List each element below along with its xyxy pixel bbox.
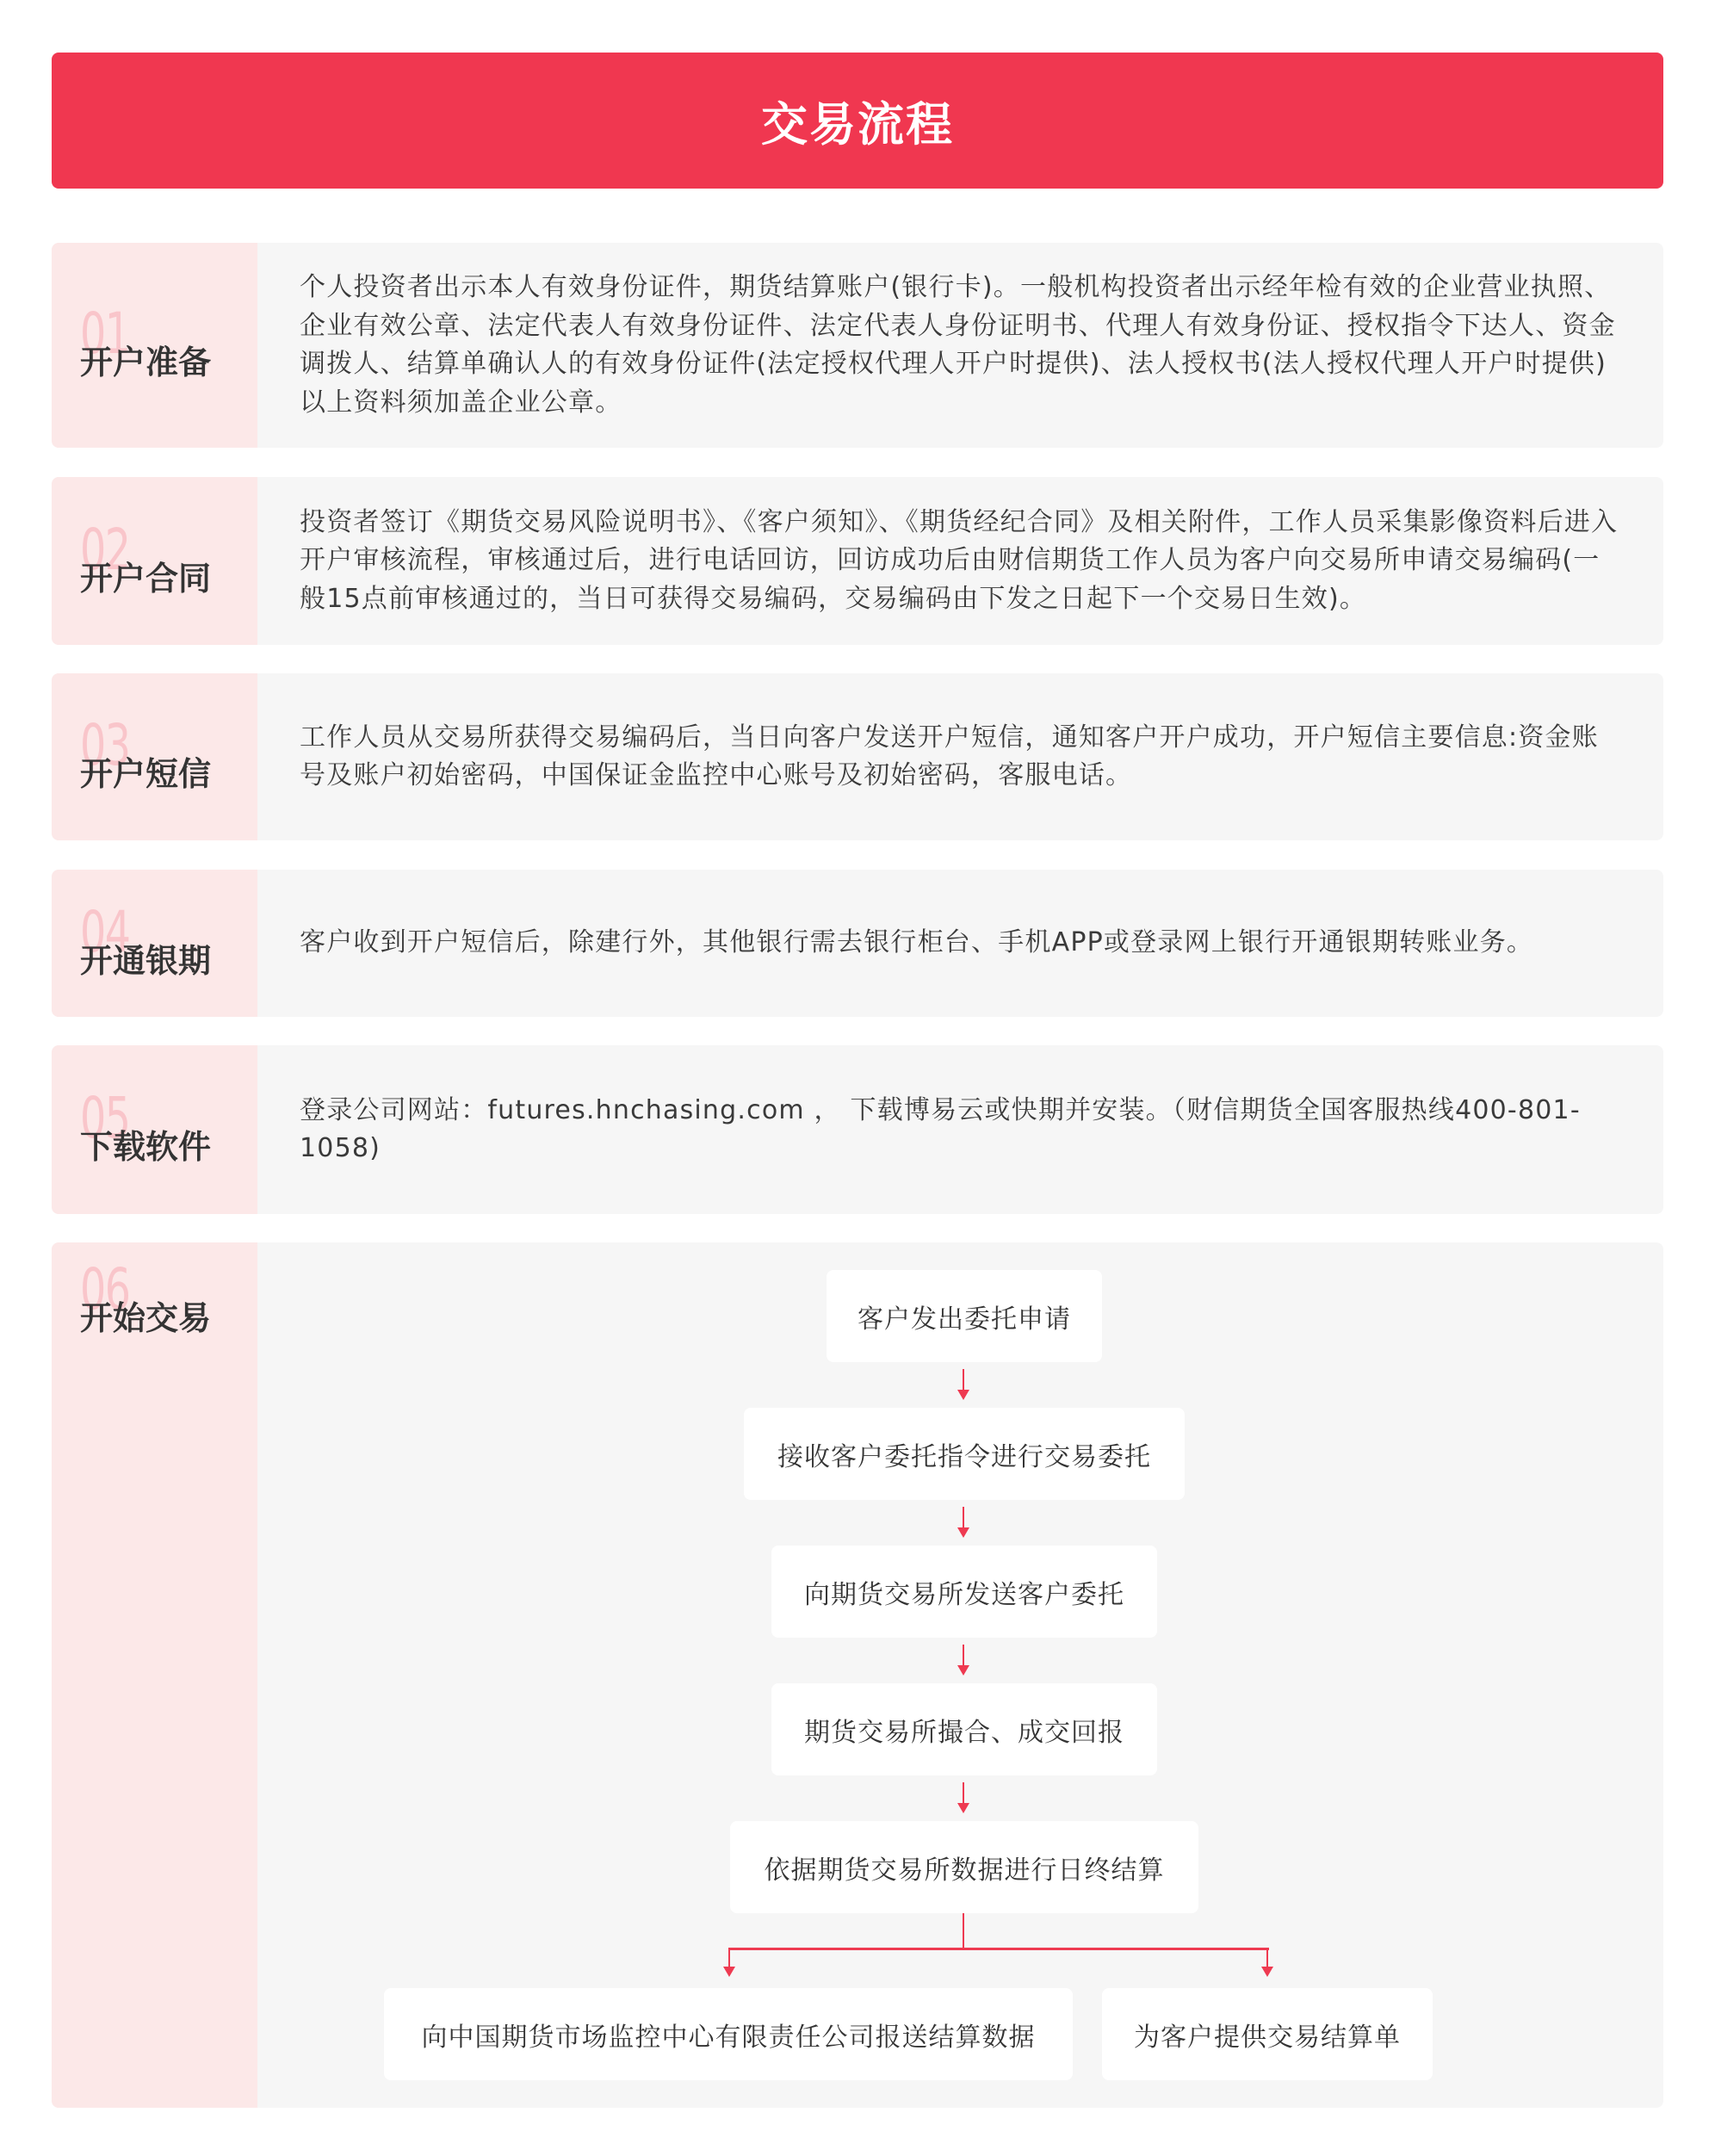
step-title: 下载软件 <box>80 1128 211 1166</box>
step-side: 04 开通银期 <box>52 870 257 1017</box>
step-card-account-sms: 03 开户短信 工作人员从交易所获得交易编码后，当日向客户发送开户短信，通知客户… <box>52 673 1663 840</box>
step-title: 开户合同 <box>80 560 211 598</box>
flow-step-client-order: 客户发出委托申请 <box>827 1270 1102 1362</box>
flow-step-receive-order: 接收客户委托指令进行交易委托 <box>744 1408 1185 1500</box>
step-side: 06 开始交易 <box>52 1242 257 2108</box>
page-title: 交易流程 <box>761 88 954 154</box>
flow-step-report-to-cfmmc: 向中国期货市场监控中心有限责任公司报送结算数据 <box>384 1988 1073 2080</box>
step-title: 开户准备 <box>80 344 211 381</box>
flow-step-matching: 期货交易所撮合、成交回报 <box>771 1683 1157 1775</box>
flow-step-send-to-exchange: 向期货交易所发送客户委托 <box>771 1546 1157 1638</box>
step-side: 03 开户短信 <box>52 673 257 840</box>
step-side: 05 下载软件 <box>52 1045 257 1214</box>
page-banner: 交易流程 <box>52 53 1663 189</box>
step-side: 02 开户合同 <box>52 477 257 645</box>
step-description: 登录公司网站：futures.hnchasing.com ， 下载博易云或快期并… <box>300 1092 1619 1168</box>
step-title: 开始交易 <box>80 1299 211 1337</box>
step-card-account-preparation: 01 开户准备 个人投资者出示本人有效身份证件，期货结算账户(银行卡)。一般机构… <box>52 243 1663 448</box>
step-description: 客户收到开户短信后，除建行外，其他银行需去银行柜台、手机APP或登录网上银行开通… <box>300 924 1533 963</box>
flow-step-provide-statement: 为客户提供交易结算单 <box>1102 1988 1433 2080</box>
step-title: 开通银期 <box>80 942 211 980</box>
step-card-download-software: 05 下载软件 登录公司网站：futures.hnchasing.com ， 下… <box>52 1045 1663 1214</box>
flow-step-daily-settlement: 依据期货交易所数据进行日终结算 <box>730 1821 1198 1913</box>
step-card-start-trading: 06 开始交易 <box>52 1242 1663 2108</box>
step-side: 01 开户准备 <box>52 243 257 448</box>
step-description: 工作人员从交易所获得交易编码后，当日向客户发送开户短信，通知客户开户成功，开户短… <box>300 719 1619 796</box>
step-description: 投资者签订《期货交易风险说明书》、《客户须知》、《期货经纪合同》及相关附件，工作… <box>300 504 1619 619</box>
step-description: 个人投资者出示本人有效身份证件，期货结算账户(银行卡)。一般机构投资者出示经年检… <box>300 269 1619 422</box>
step-card-bank-futures: 04 开通银期 客户收到开户短信后，除建行外，其他银行需去银行柜台、手机APP或… <box>52 870 1663 1017</box>
step-title: 开户短信 <box>80 755 211 793</box>
step-card-account-contract: 02 开户合同 投资者签订《期货交易风险说明书》、《客户须知》、《期货经纪合同》… <box>52 477 1663 645</box>
